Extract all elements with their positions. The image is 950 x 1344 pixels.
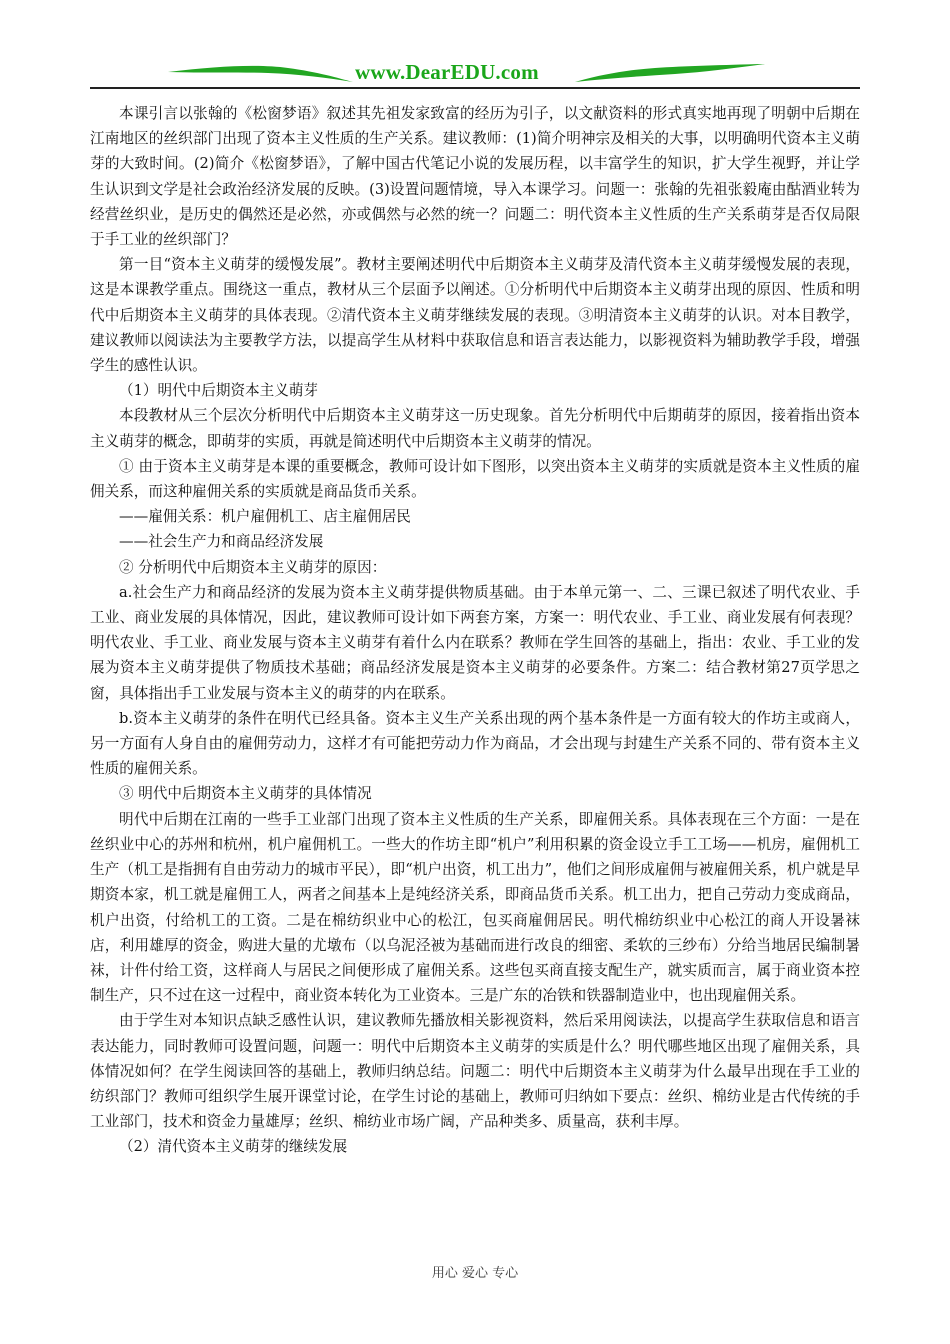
diagram-line-2: ——社会生产力和商品经济发展 bbox=[90, 529, 860, 554]
header-divider bbox=[90, 87, 860, 89]
page-header: www.DearEDU.com bbox=[90, 58, 860, 92]
right-swoosh-decoration bbox=[575, 64, 765, 82]
paragraph-teaching-suggestion: 由于学生对本知识点缺乏感性认识，建议教师先播放相关影视资料，然后采用阅读法，以提… bbox=[90, 1008, 860, 1134]
document-body: 本课引言以张翰的《松窗梦语》叙述其先祖发家致富的经历为引子，以文献资料的形式真实… bbox=[90, 101, 860, 1160]
paragraph-point-2a: a.社会生产力和商品经济的发展为资本主义萌芽提供物质基础。由于本单元第一、二、三… bbox=[90, 580, 860, 706]
site-logo: www.DearEDU.com bbox=[355, 60, 539, 85]
paragraph-point-3: ③ 明代中后期资本主义萌芽的具体情况 bbox=[90, 781, 860, 806]
diagram-line-1: ——雇佣关系：机户雇佣机工、店主雇佣居民 bbox=[90, 504, 860, 529]
paragraph-point-1: ① 由于资本主义萌芽是本课的重要概念，教师可设计如下图形，以突出资本主义萌芽的实… bbox=[90, 454, 860, 504]
paragraph-intro: 本课引言以张翰的《松窗梦语》叙述其先祖发家致富的经历为引子，以文献资料的形式真实… bbox=[90, 101, 860, 252]
paragraph-ming-overview: 本段教材从三个层次分析明代中后期资本主义萌芽这一历史现象。首先分析明代中后期萌芽… bbox=[90, 403, 860, 453]
paragraph-point-2b: b.资本主义萌芽的条件在明代已经具备。资本主义生产关系出现的两个基本条件是一方面… bbox=[90, 706, 860, 782]
left-swoosh-decoration bbox=[168, 64, 353, 82]
page-footer: 用心 爱心 专心 bbox=[0, 1262, 950, 1281]
paragraph-point-2: ② 分析明代中后期资本主义萌芽的原因： bbox=[90, 555, 860, 580]
subheading-qing: （2）清代资本主义萌芽的继续发展 bbox=[90, 1134, 860, 1159]
paragraph-ming-details: 明代中后期在江南的一些手工业部门出现了资本主义性质的生产关系，即雇佣关系。具体表… bbox=[90, 807, 860, 1009]
subheading-ming: （1）明代中后期资本主义萌芽 bbox=[90, 378, 860, 403]
paragraph-section-one: 第一目“资本主义萌芽的缓慢发展”。教材主要阐述明代中后期资本主义萌芽及清代资本主… bbox=[90, 252, 860, 378]
